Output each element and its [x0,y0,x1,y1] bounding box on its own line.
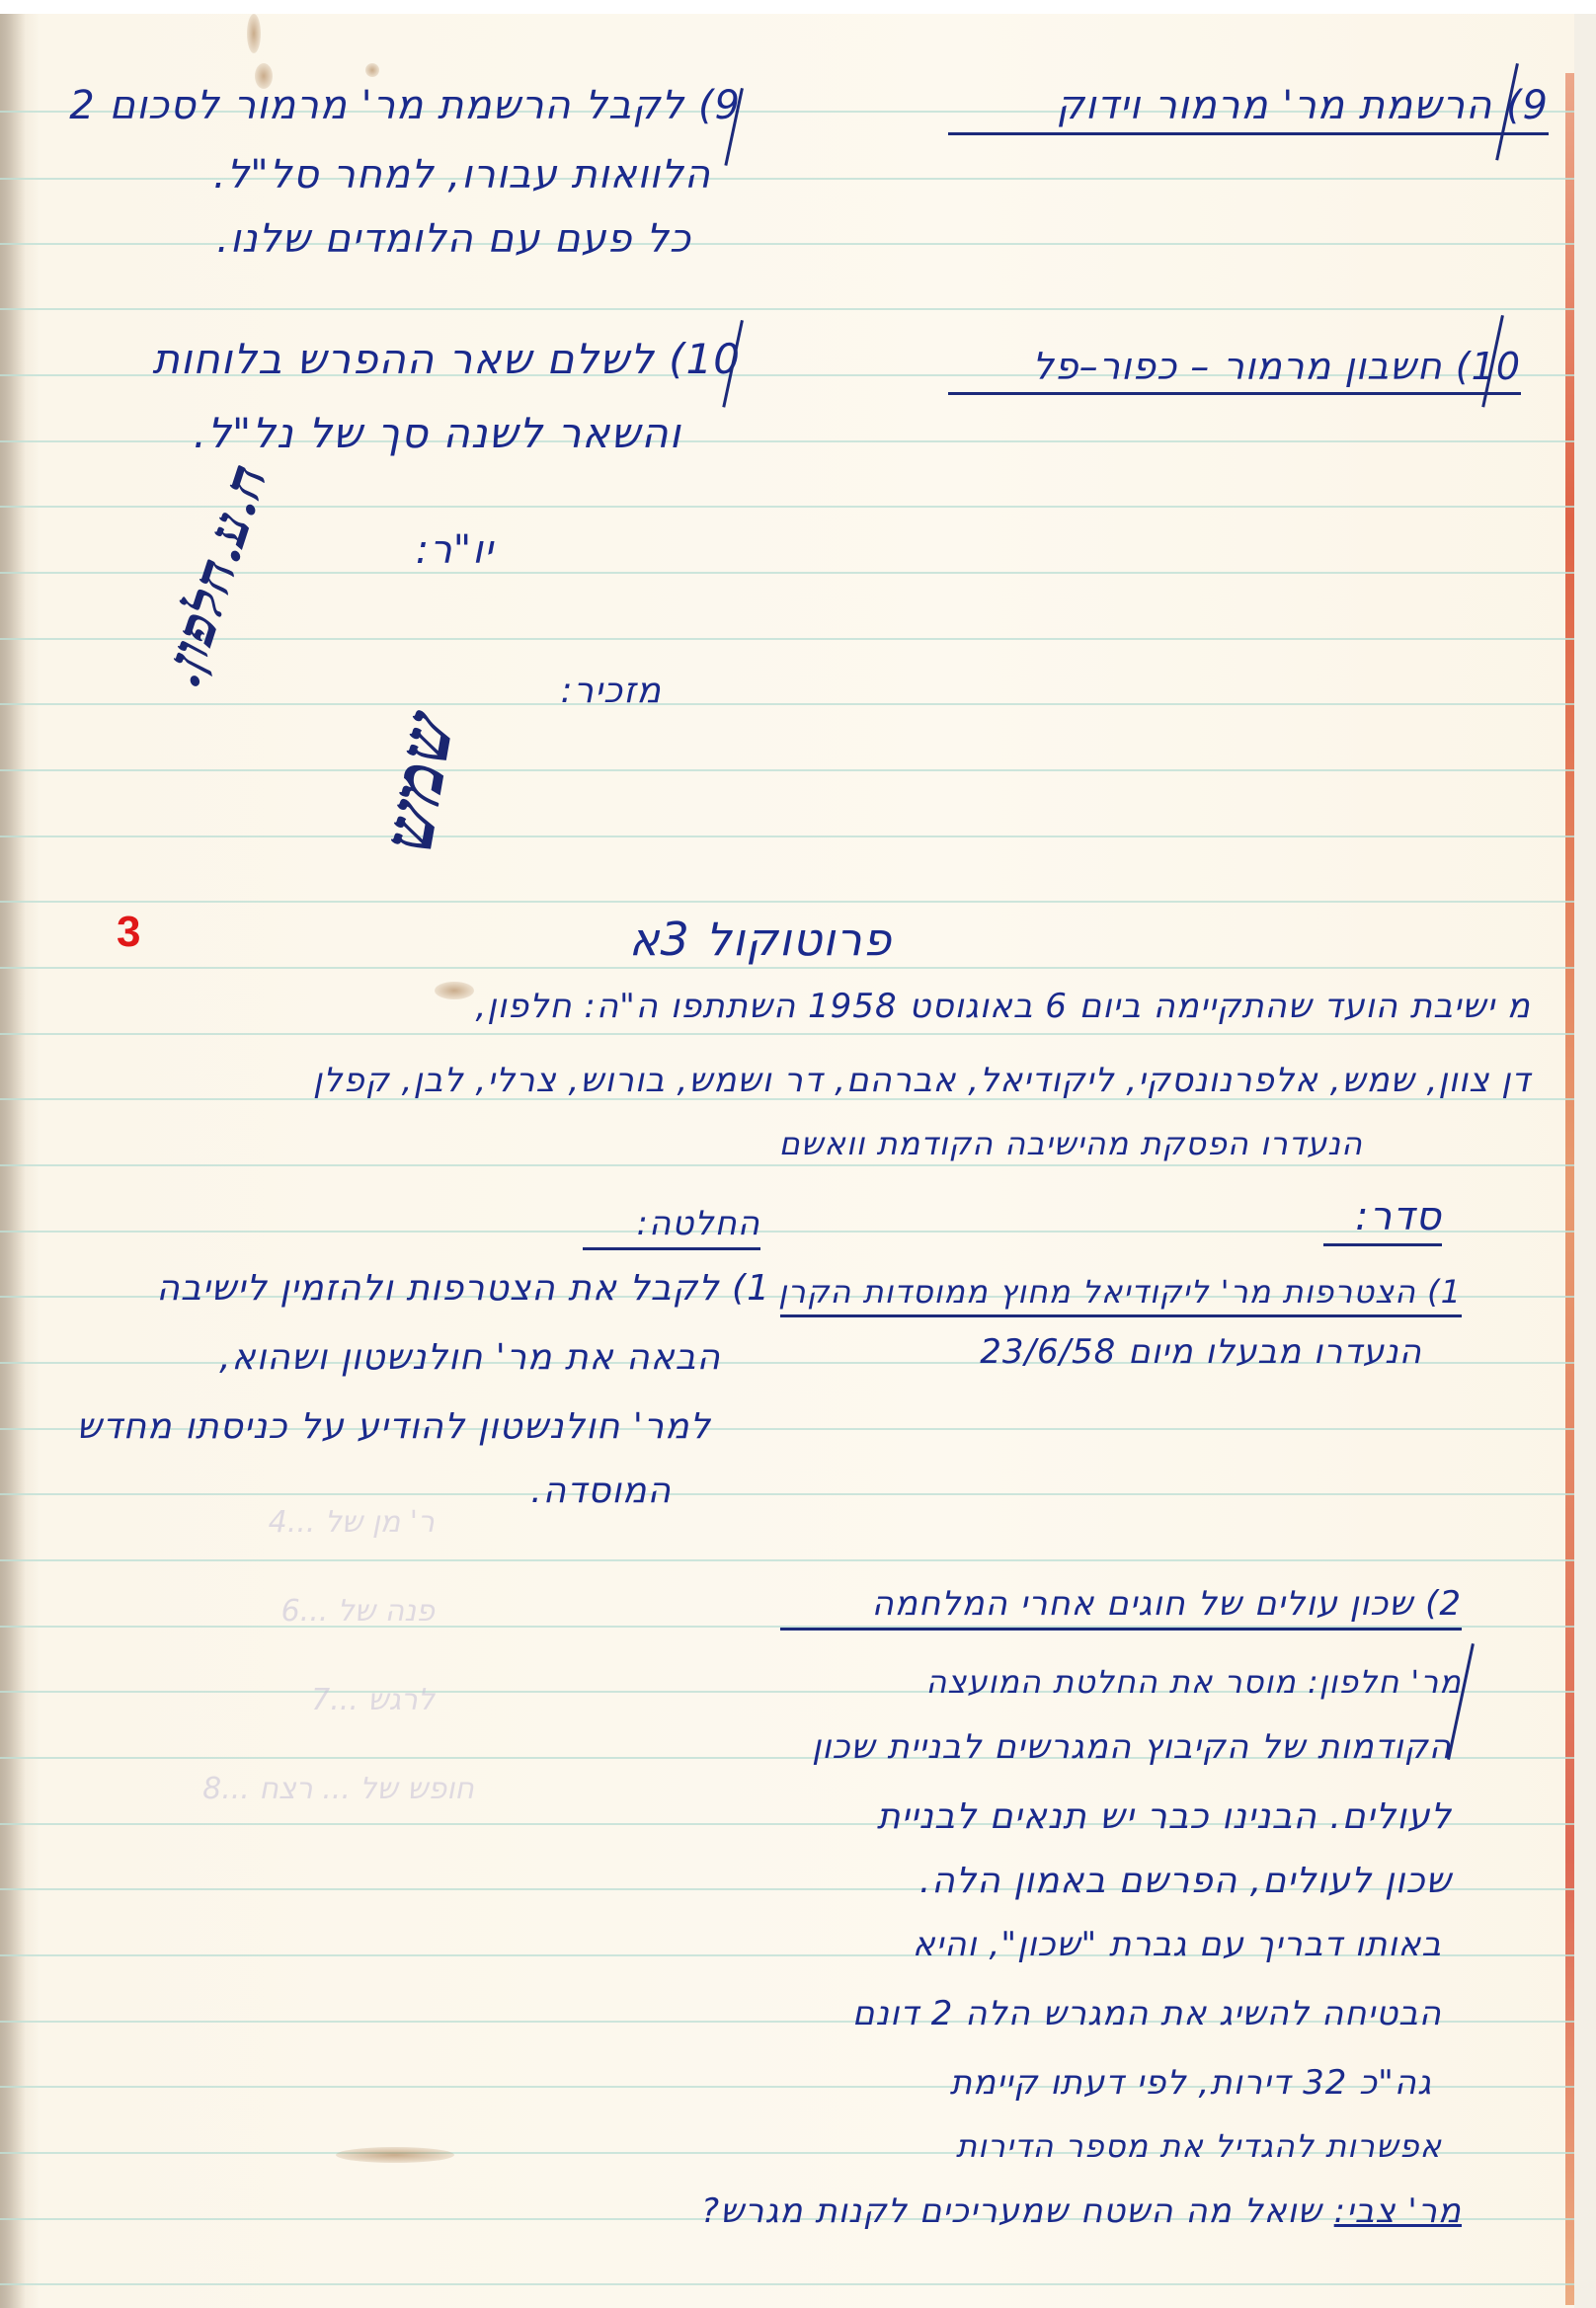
ruled-line [0,308,1574,310]
agenda-label: סדר: [1323,1194,1442,1246]
item10-heading: 10) חשבון מרמור – כפור–פל [948,345,1521,395]
pen-stroke [1447,1643,1475,1760]
item9-line-2: הלוואות עבורו, למחר סל"ל. [99,152,711,198]
ruled-line [0,1164,1574,1166]
speaker2-text: שואל מה השטח שמעריכים לקנות מגרש? [701,2191,1322,2231]
notebook-page: ר' מן של ...4 פנה של ...6 לרגש ...7 חופש… [0,14,1596,2308]
red-margin-line [1565,73,1574,2305]
bleed-through-text: חופש של ... רצח ...8 [59,1772,474,1806]
stain [336,2147,454,2163]
attendance-line-3: הנעדרו הפסקת מהישיבה הקודמת וואשם [375,1125,1363,1162]
spine-shadow [0,14,26,2308]
item2-speaker1-line-8: אפשרות להגדיל את מספר הדירות [830,2127,1442,2165]
protocol-title: פרוטוקול 3א [553,913,968,966]
ruled-line [0,967,1574,969]
speaker2-label: מר' צבי: [1334,2191,1462,2231]
ruled-line [0,1559,1574,1561]
agenda-item1-line-1: הנעדרו מבעלו מיום 23/6/58 [889,1332,1422,1372]
decision1-line-1: 1) לקבל את הצטרפות ולהזמין לישיבה [40,1268,770,1309]
chairman-signature: ח.ע.חלפון. [148,456,279,694]
item2-speaker1-line-4: שכון לעולים, הפרשם באמון הלה. [790,1861,1452,1901]
decision1-line-2: הבאה את מר' חולנשטון ושהוא, [69,1337,721,1378]
agenda-item1-heading: 1) הצטרפות מר' ליקודיאל מחוץ ממוסדות הקר… [780,1273,1462,1317]
attendance-line-1: מ ישיבת הועד שהתקיימה ביום 6 באוגוסט 195… [89,987,1531,1026]
page-edge [1574,14,1596,2308]
bleed-through-text: לרגש ...7 [59,1683,435,1717]
decisions-label: החלטה: [583,1204,760,1250]
ruled-line [0,836,1574,837]
ruled-line [0,638,1574,640]
item9-line-1: 9) לקבל הרשמת מר' מרמור לסכום 2 [99,83,741,128]
item10-line-2: והשאר לשנה סך של נל"ל. [69,409,681,457]
item9-heading: 9) הרשמת מר' מרמור וידוק [948,83,1549,135]
bleed-through-text: פנה של ...6 [59,1594,435,1629]
ruled-line [0,1493,1574,1495]
ruled-line [0,1033,1574,1035]
ruled-line [0,703,1574,705]
item2-speaker1-line-6: הבטיחה להשיג את המגרש הלה 2 דונם [770,1994,1442,2033]
item9-line-3: כל פעם עם הלומדים שלנו. [99,216,691,262]
page-number-marker: 3 [117,908,140,957]
bleed-through-text: ר' מן של ...4 [59,1505,435,1540]
item2-speaker1-line-1: מר' חלפון: מוסר את החלטת המועצה [879,1663,1462,1701]
ruled-line [0,769,1574,771]
item2-speaker1-line-7: גה"כ 32 דירות, לפי דעתו קיימת [790,2063,1432,2103]
attendance-line-2: דן צוון, שמש, אלפרנונסקי, ליקודיאל, אברה… [89,1061,1531,1100]
decision1-line-3: למר' חולנשטון להודיע על כניסתו מחדש [20,1406,711,1447]
item2-speaker2-line: מר' צבי: שואל מה השטח שמעריכים לקנות מגר… [573,2191,1462,2231]
item2-speaker1-line-3: לעולים. הבנינו כבר יש תנאים לבניית [790,1796,1452,1837]
item2-speaker1-line-5: באותו דבריך עם גברת "שכון", והיא [790,1925,1442,1964]
item2-heading: 2) שכון עולים של חוגים אחרי המלחמה [780,1584,1462,1631]
item2-speaker1-line-2: הקודמות של הקיבוץ המגרשים לבניית שכון [790,1727,1452,1767]
chairman-label: יו"ר: [375,527,494,573]
ruled-line [0,901,1574,903]
stain [365,63,379,77]
stain [247,14,261,53]
decision1-line-4: המוסדה. [474,1471,672,1511]
item10-line-1: 10) לשלם שאר ההפרש בלוחות [69,335,741,383]
ruled-line [0,2283,1574,2285]
secretary-label: מזכיר: [523,671,662,711]
